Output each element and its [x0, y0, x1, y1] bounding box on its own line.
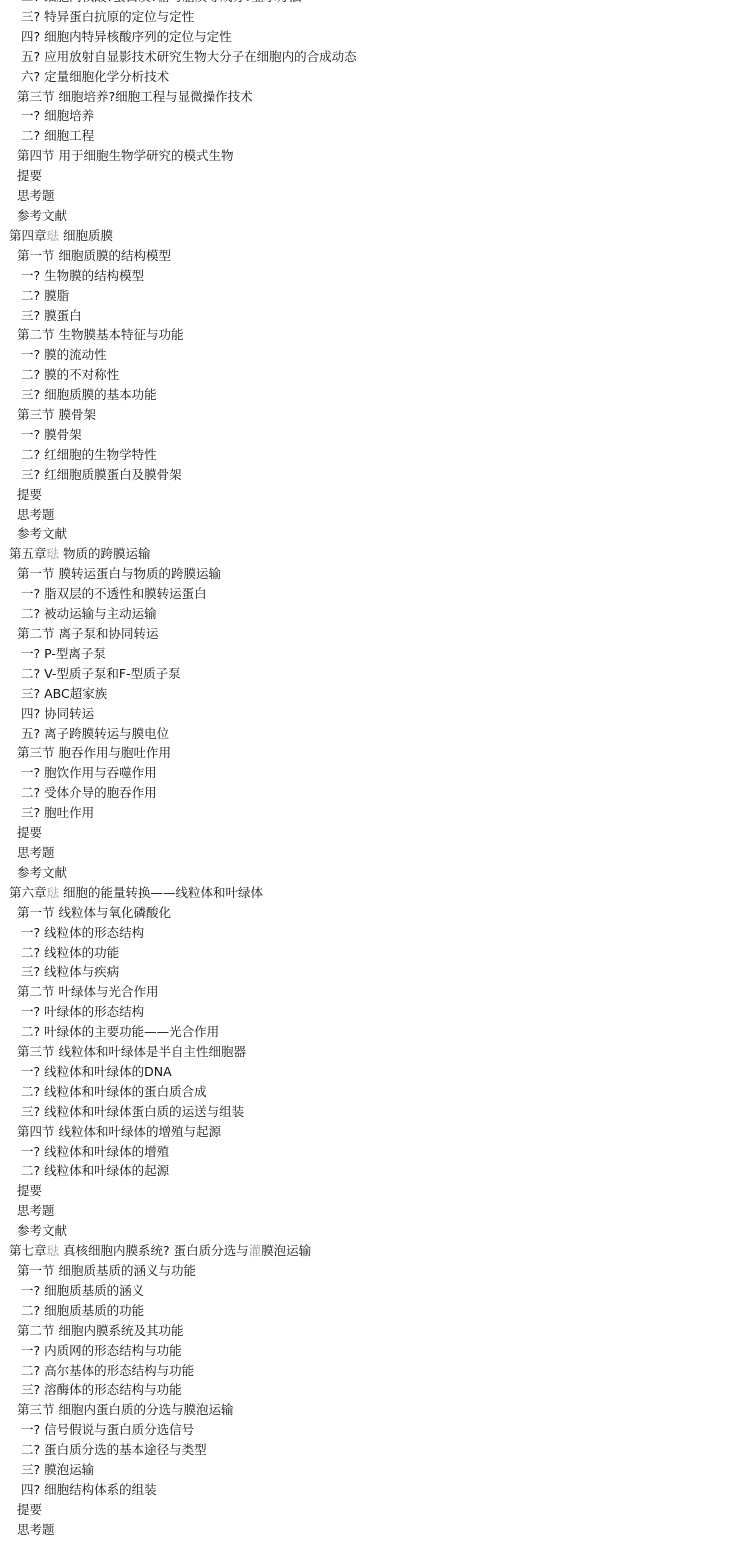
toc-section-entry: 第二节 生物膜基本特征与功能	[0, 325, 750, 345]
toc-item-entry: 二? 细胞工程	[0, 126, 750, 146]
toc-item-entry: 一? 膜的流动性	[0, 345, 750, 365]
toc-chapter-heading: 第五章琺 物质的跨膜运输	[0, 544, 750, 564]
toc-item-entry: 二? 受体介导的胞吞作用	[0, 783, 750, 803]
garbled-glyph: 灌	[249, 1243, 262, 1258]
chapter-title: 细胞的能量转换——线粒体和叶绿体	[59, 885, 263, 900]
toc-section-entry: 提要	[0, 1500, 750, 1520]
chapter-number: 第六章	[9, 885, 47, 900]
toc-section-entry: 思考题	[0, 505, 750, 525]
toc-item-entry: 三? 膜蛋白	[0, 306, 750, 326]
toc-section-entry: 第四节 线粒体和叶绿体的增殖与起源	[0, 1122, 750, 1142]
toc-item-entry: 三? 红细胞质膜蛋白及膜骨架	[0, 465, 750, 485]
toc-section-entry: 第三节 细胞内蛋白质的分选与膜泡运输	[0, 1400, 750, 1420]
toc-section-entry: 第二节 细胞内膜系统及其功能	[0, 1321, 750, 1341]
toc-section-entry: 提要	[0, 166, 750, 186]
chapter-title: 细胞质膜	[59, 228, 113, 243]
toc-item-entry: 二? V-型质子泵和F-型质子泵	[0, 664, 750, 684]
chapter-title-cont: 膜泡运输	[261, 1243, 311, 1258]
toc-item-entry: 三? ABC超家族	[0, 684, 750, 704]
toc-item-entry: 二? 被动运输与主动运输	[0, 604, 750, 624]
toc-section-entry: 提要	[0, 485, 750, 505]
toc-item-entry: 三? 膜泡运输	[0, 1460, 750, 1480]
toc-chapter-heading: 第四章琺 细胞质膜	[0, 226, 750, 246]
toc-section-entry: 第二节 叶绿体与光合作用	[0, 982, 750, 1002]
toc-item-entry: 四? 细胞结构体系的组装	[0, 1480, 750, 1500]
toc-section-entry: 参考文献	[0, 863, 750, 883]
toc-item-entry: 二? 高尔基体的形态结构与功能	[0, 1361, 750, 1381]
garbled-glyph: 琺	[47, 546, 60, 561]
toc-chapter-heading: 第六章琺 细胞的能量转换——线粒体和叶绿体	[0, 883, 750, 903]
toc-section-entry: 第一节 细胞质膜的结构模型	[0, 246, 750, 266]
toc-item-entry: 四? 协同转运	[0, 704, 750, 724]
toc-item-entry: 二? 细胞质基质的功能	[0, 1301, 750, 1321]
toc-section-entry: 第三节 细胞培养?细胞工程与显微操作技术	[0, 87, 750, 107]
toc-item-entry: 一? P-型离子泵	[0, 644, 750, 664]
toc-section-entry: 提要	[0, 1181, 750, 1201]
toc-section-entry: 思考题	[0, 1520, 750, 1540]
toc-item-entry: 三? 细胞质膜的基本功能	[0, 385, 750, 405]
toc-item-entry: 一? 胞饮作用与吞噬作用	[0, 763, 750, 783]
chapter-title: 物质的跨膜运输	[59, 546, 150, 561]
toc-item-entry: 三? 线粒体与疾病	[0, 962, 750, 982]
toc-item-entry: 三? 线粒体和叶绿体蛋白质的运送与组装	[0, 1102, 750, 1122]
toc-section-entry: 第一节 细胞质基质的涵义与功能	[0, 1261, 750, 1281]
toc-section-entry: 第三节 胞吞作用与胞吐作用	[0, 743, 750, 763]
toc-section-entry: 思考题	[0, 843, 750, 863]
toc-item-entry: 六? 定量细胞化学分析技术	[0, 67, 750, 87]
toc-item-entry: 二? 叶绿体的主要功能——光合作用	[0, 1022, 750, 1042]
toc-section-entry: 第二节 离子泵和协同转运	[0, 624, 750, 644]
chapter-title: 真核细胞内膜系统? 蛋白质分选与	[59, 1243, 249, 1258]
toc-section-entry: 第三节 线粒体和叶绿体是半自主性细胞器	[0, 1042, 750, 1062]
garbled-glyph: 琺	[47, 885, 60, 900]
toc-section-entry: 提要	[0, 823, 750, 843]
toc-item-entry: 二? 细胞内核酸?蛋白质?糖与脂质等成分?显示方法	[0, 0, 750, 7]
toc-item-entry: 三? 溶酶体的形态结构与功能	[0, 1380, 750, 1400]
toc-item-entry: 一? 线粒体和叶绿体的DNA	[0, 1062, 750, 1082]
toc-item-entry: 二? 线粒体和叶绿体的蛋白质合成	[0, 1082, 750, 1102]
toc-section-entry: 思考题	[0, 1201, 750, 1221]
toc-section-entry: 思考题	[0, 186, 750, 206]
toc-section-entry: 第一节 膜转运蛋白与物质的跨膜运输	[0, 564, 750, 584]
toc-item-entry: 二? 膜脂	[0, 286, 750, 306]
toc-item-entry: 一? 线粒体和叶绿体的增殖	[0, 1142, 750, 1162]
toc-item-entry: 三? 特异蛋白抗原的定位与定性	[0, 7, 750, 27]
toc-section-entry: 参考文献	[0, 524, 750, 544]
garbled-glyph: 琺	[47, 1243, 60, 1258]
toc-item-entry: 一? 线粒体的形态结构	[0, 923, 750, 943]
chapter-number: 第四章	[9, 228, 47, 243]
toc-item-entry: 一? 叶绿体的形态结构	[0, 1002, 750, 1022]
toc-item-entry: 二? 线粒体和叶绿体的起源	[0, 1161, 750, 1181]
toc-section-entry: 第三节 膜骨架	[0, 405, 750, 425]
toc-chapter-heading: 第七章琺 真核细胞内膜系统? 蛋白质分选与灌膜泡运输	[0, 1241, 750, 1261]
toc-item-entry: 一? 膜骨架	[0, 425, 750, 445]
table-of-contents: 二? 细胞内核酸?蛋白质?糖与脂质等成分?显示方法三? 特异蛋白抗原的定位与定性…	[0, 0, 750, 1540]
toc-item-entry: 三? 胞吐作用	[0, 803, 750, 823]
toc-item-entry: 五? 离子跨膜转运与膜电位	[0, 724, 750, 744]
chapter-number: 第七章	[9, 1243, 47, 1258]
toc-section-entry: 第四节 用于细胞生物学研究的模式生物	[0, 146, 750, 166]
toc-item-entry: 一? 细胞质基质的涵义	[0, 1281, 750, 1301]
toc-section-entry: 参考文献	[0, 206, 750, 226]
toc-item-entry: 一? 信号假说与蛋白质分选信号	[0, 1420, 750, 1440]
toc-item-entry: 二? 线粒体的功能	[0, 943, 750, 963]
toc-item-entry: 一? 内质网的形态结构与功能	[0, 1341, 750, 1361]
toc-item-entry: 二? 红细胞的生物学特性	[0, 445, 750, 465]
toc-item-entry: 二? 膜的不对称性	[0, 365, 750, 385]
toc-item-entry: 一? 细胞培养	[0, 106, 750, 126]
toc-item-entry: 一? 脂双层的不透性和膜转运蛋白	[0, 584, 750, 604]
chapter-number: 第五章	[9, 546, 47, 561]
toc-section-entry: 参考文献	[0, 1221, 750, 1241]
toc-item-entry: 四? 细胞内特异核酸序列的定位与定性	[0, 27, 750, 47]
toc-section-entry: 第一节 线粒体与氧化磷酸化	[0, 903, 750, 923]
toc-item-entry: 五? 应用放射自显影技术研究生物大分子在细胞内的合成动态	[0, 47, 750, 67]
toc-item-entry: 二? 蛋白质分选的基本途径与类型	[0, 1440, 750, 1460]
toc-item-entry: 一? 生物膜的结构模型	[0, 266, 750, 286]
garbled-glyph: 琺	[47, 228, 60, 243]
